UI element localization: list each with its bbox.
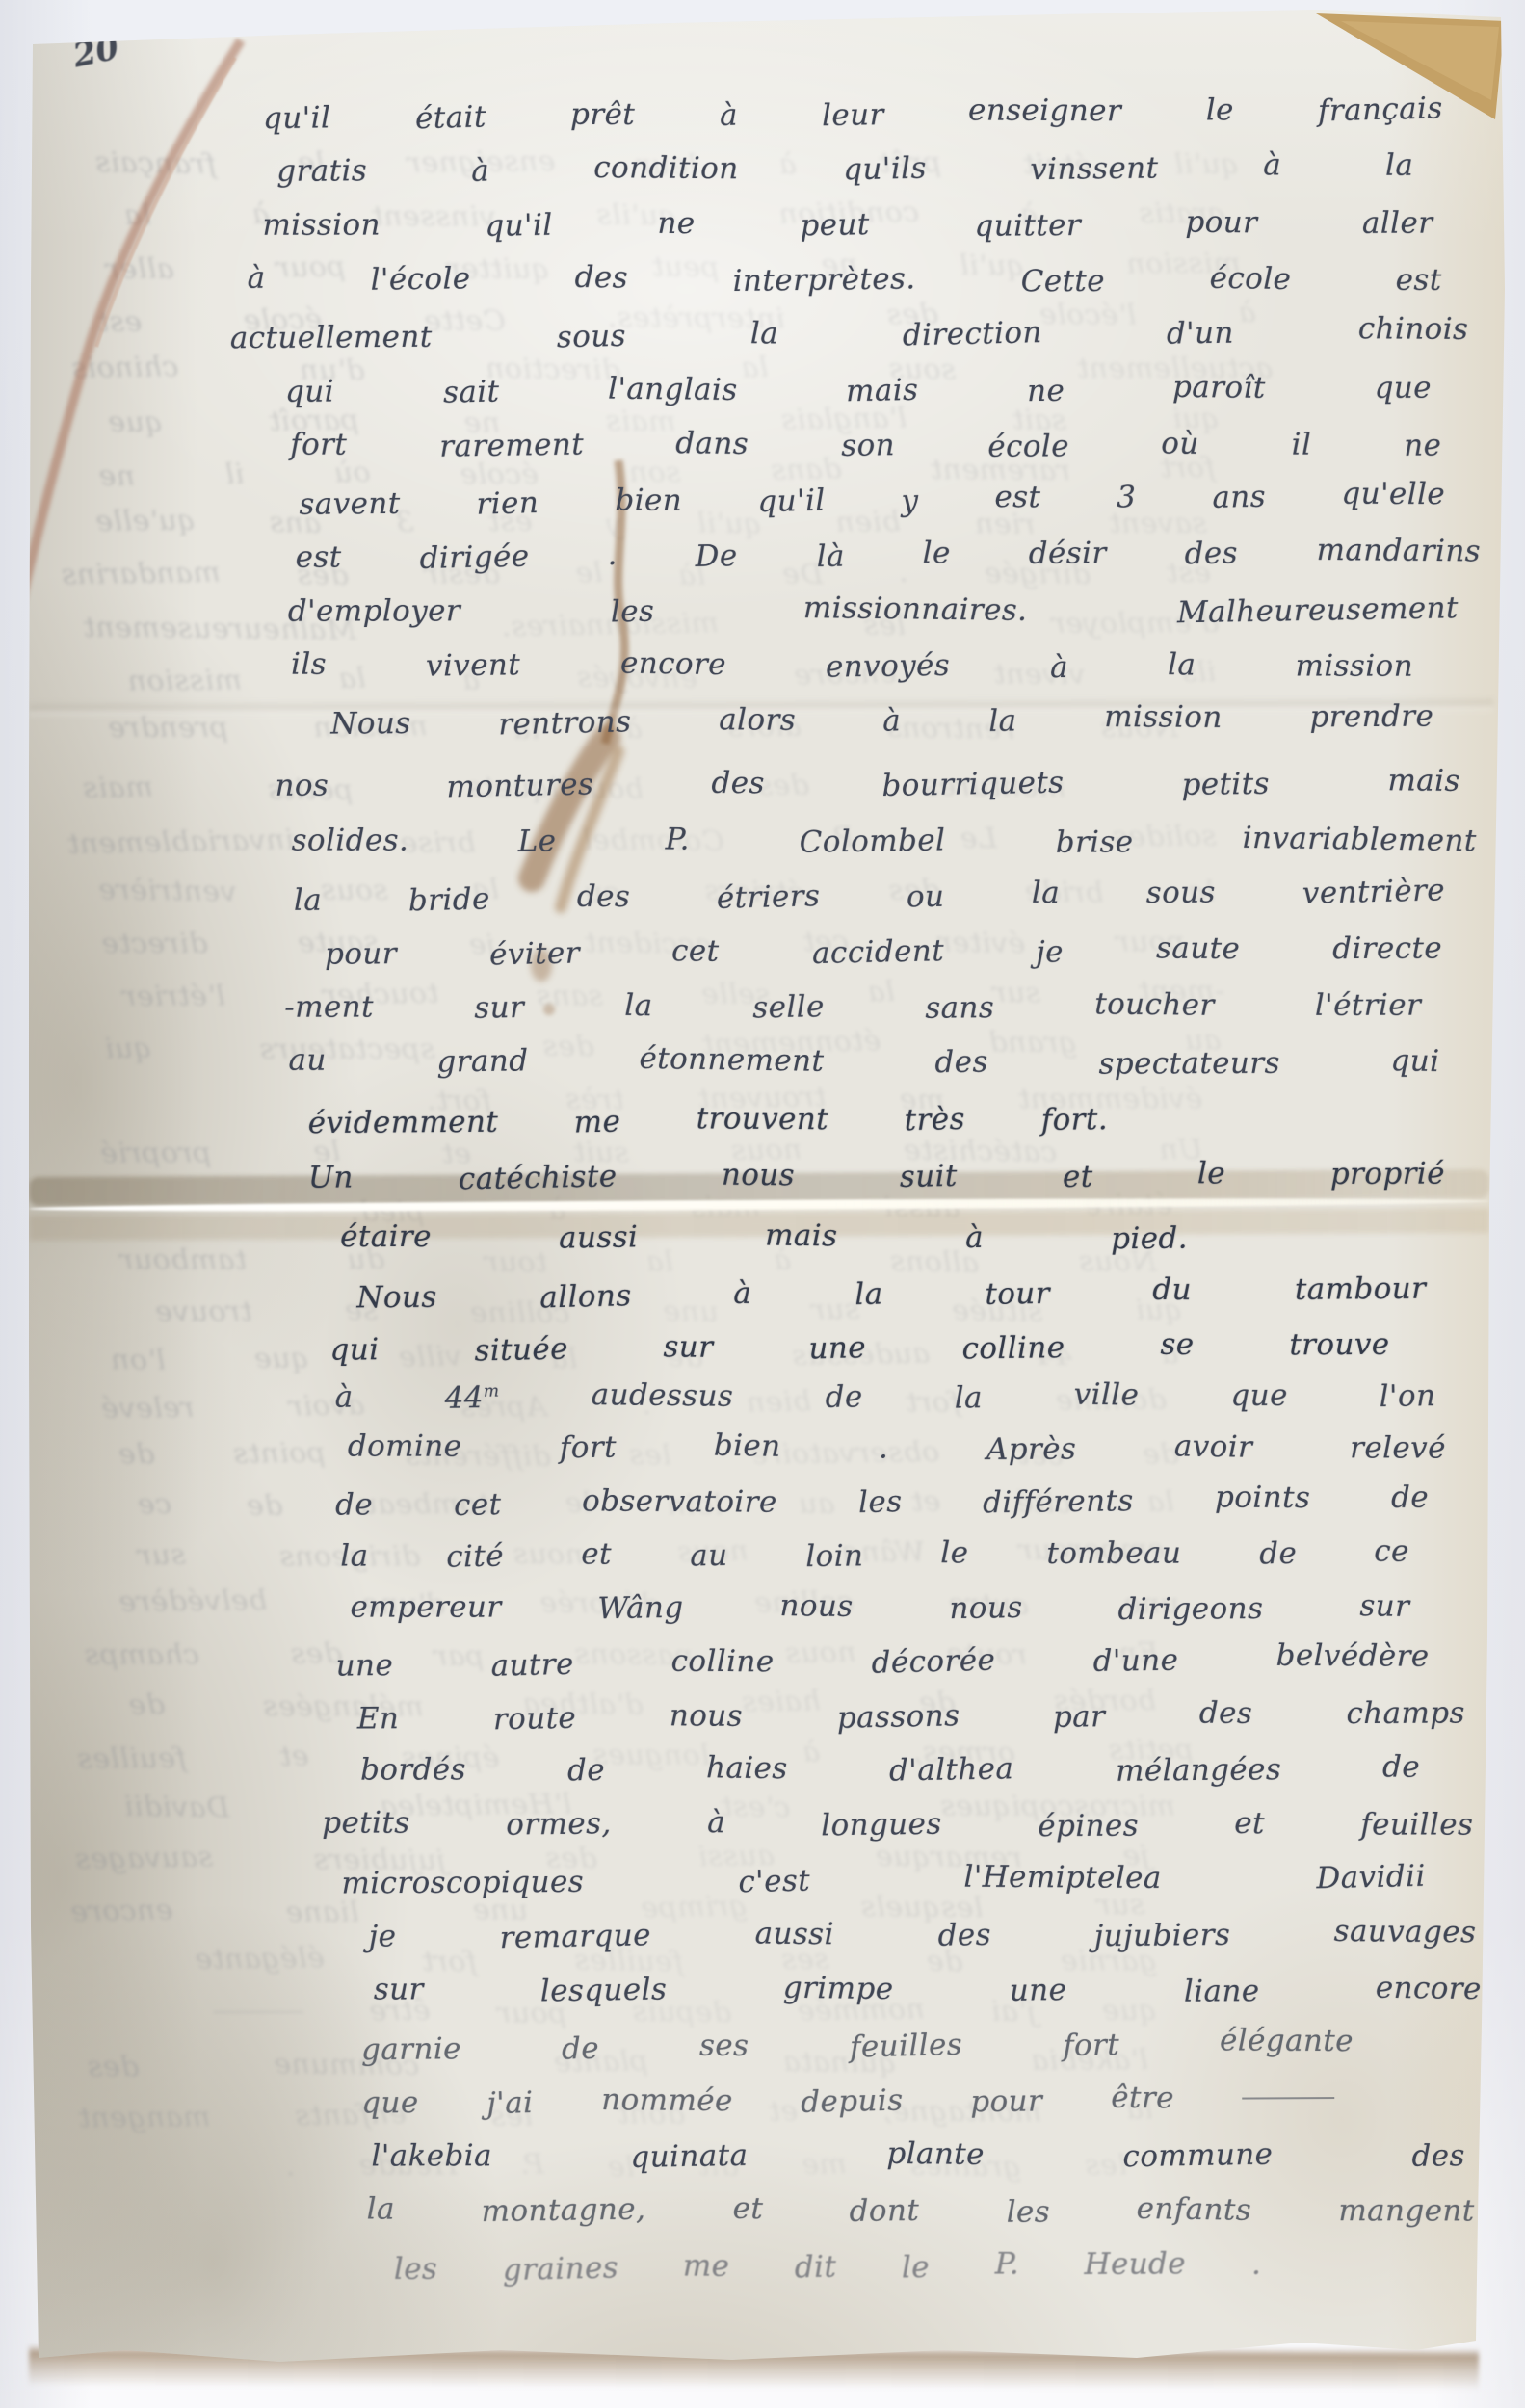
word: longues [821, 1807, 942, 1844]
word: pied. [1111, 1221, 1188, 1257]
word: que [361, 2085, 419, 2120]
word: directe [1332, 930, 1442, 966]
word: feuilles [849, 2027, 962, 2064]
word: son [841, 428, 895, 463]
word: trouvent [697, 1102, 829, 1138]
word: encore [1376, 1971, 1482, 2007]
word: domine [348, 1429, 462, 1464]
manuscript-line: Enroutenouspassonspardeschamps [357, 1695, 1465, 1736]
word: nous [949, 1590, 1023, 1626]
word: ans [1212, 480, 1266, 515]
word: cité [446, 1538, 504, 1574]
word: Le [518, 824, 557, 859]
word: commune [1122, 2137, 1274, 2175]
word: sous [556, 319, 626, 355]
word: la [954, 1380, 983, 1415]
word: Heude [1084, 2246, 1186, 2282]
manuscript-line: quej'ainomméedepuispourêtre [361, 2081, 1334, 2120]
word: où [1161, 426, 1199, 461]
manuscript-line: jeremarqueaussidesjujubierssauvages [369, 1915, 1477, 1953]
word: trouve [1289, 1326, 1389, 1362]
word: fort [1063, 2028, 1120, 2063]
word: la [340, 1538, 368, 1573]
word: décorée [872, 1643, 996, 1681]
word: prêt [570, 97, 635, 132]
word: grand [436, 1043, 528, 1079]
word: à [1263, 148, 1281, 183]
word: montagne, [482, 2192, 646, 2229]
word: était [414, 99, 486, 136]
manuscript-line: étaireaussimaisàpied. [340, 1219, 1188, 1254]
word: je [369, 1919, 397, 1953]
word: sur [1359, 1588, 1409, 1624]
manuscript-line: uneautrecollinedécoréed'unebelvédère [336, 1639, 1430, 1684]
word: se [1160, 1326, 1194, 1361]
word: interprètes. [733, 261, 916, 299]
word: la [855, 1277, 883, 1313]
word: la [624, 988, 653, 1023]
photo-background: qu'ilétaitprêtàleurenseignerlefrançaisgr… [0, 0, 1525, 2408]
word: mission [1104, 699, 1223, 735]
manuscript-line: actuellementsousladirectiond'unchinois [230, 312, 1468, 355]
manuscript-line: à44maudessusdelavillequel'on [335, 1377, 1436, 1414]
word: Nous [330, 706, 411, 742]
word: belvédère [1276, 1638, 1430, 1674]
word: le [902, 2250, 931, 2285]
word: et [581, 1536, 612, 1571]
manuscript-line: quisituéesurunecollinesetrouve [329, 1326, 1389, 1367]
word: le [940, 1535, 968, 1570]
word: loin [805, 1538, 863, 1574]
manuscript-line: Uncatéchistenoussuitetleproprié [308, 1156, 1445, 1194]
word: alors [719, 702, 796, 738]
word: et [732, 2191, 763, 2226]
word: Nous [356, 1280, 437, 1316]
word: être [1111, 2081, 1174, 2116]
word: microscopiques [341, 1864, 584, 1900]
word: tombeau [1046, 1535, 1181, 1570]
word: rien [476, 485, 539, 522]
word: des [1184, 537, 1238, 572]
manuscript-line: évidemmentmetrouventtrèsfort. [308, 1101, 1108, 1141]
word: qui [329, 1332, 379, 1367]
word: encore [620, 645, 726, 682]
word: vinssent [1030, 151, 1159, 188]
word: tour [986, 1276, 1051, 1312]
word: -ment [284, 989, 374, 1024]
word: ou [907, 879, 945, 915]
word: bien [714, 1428, 781, 1464]
word: j'ai [486, 2085, 534, 2121]
word: mission [262, 207, 381, 242]
word: quitter [974, 207, 1081, 243]
word: pour [325, 936, 397, 971]
word: le [1197, 1156, 1225, 1191]
word: que [1230, 1378, 1287, 1413]
word: mangent [1338, 2194, 1474, 2229]
word: des [577, 879, 631, 914]
word: la [988, 704, 1017, 739]
word: montures [446, 767, 593, 804]
word: dans [675, 426, 749, 461]
manuscript-text: qu'ilétaitprêtàleurenseignerlefrançaisgr… [0, 0, 1525, 2408]
word: petits [322, 1806, 409, 1841]
word: située [474, 1331, 568, 1368]
manuscript-line: gratisàconditionqu'ilsvinssentàla [276, 148, 1413, 189]
word: à [965, 1220, 984, 1255]
word: Davidii [1316, 1858, 1426, 1896]
word: une [336, 1648, 394, 1684]
word: nous [779, 1588, 854, 1624]
word: vivent [426, 647, 521, 683]
word: de [567, 1753, 606, 1789]
word: relevé [1350, 1431, 1446, 1466]
word: sait [442, 374, 499, 409]
word: la [1032, 876, 1060, 910]
word: points [1215, 1479, 1310, 1515]
word: remarque [500, 1918, 652, 1955]
word: En [357, 1701, 400, 1736]
word: d'althea [889, 1751, 1014, 1788]
word: il [1292, 427, 1312, 461]
word: empereur [350, 1590, 501, 1625]
word: et [1234, 1806, 1265, 1841]
word: envoyés [826, 648, 951, 685]
manuscript-line: -mentsurlasellesanstoucherl'étrier [284, 987, 1421, 1024]
word: une [1010, 1973, 1067, 2008]
word: à [471, 154, 490, 189]
word: de [1382, 1749, 1420, 1784]
word: actuellement [230, 320, 433, 355]
word: bride [408, 882, 491, 919]
word: garnie [361, 2031, 461, 2067]
word: qui [285, 374, 334, 408]
word: mais [765, 1217, 838, 1253]
word: grimpe [783, 1971, 894, 2007]
manuscript-line: labridedesétriersoulasousventrière [294, 874, 1445, 918]
word: ormes, [506, 1806, 612, 1843]
word: sous [1146, 876, 1216, 911]
word: 3 [1117, 480, 1136, 514]
word: feuilles [1360, 1808, 1473, 1843]
manuscript-line: lacitéetauloinletombeaudece [340, 1534, 1409, 1573]
word: autre [490, 1647, 574, 1684]
word: colline [961, 1330, 1065, 1366]
manuscript-line: petitsormes,àlonguesépinesetfeuilles [322, 1806, 1473, 1843]
word: est [994, 480, 1040, 514]
word: bien [615, 484, 682, 518]
word: audessus [591, 1377, 733, 1414]
word: Cette [1020, 264, 1105, 299]
word: accident [811, 933, 944, 971]
word: les [610, 593, 654, 629]
manuscript-line: augrandétonnementdesspectateursqui [288, 1043, 1439, 1080]
word: ce [1375, 1533, 1410, 1568]
word: me [683, 2248, 730, 2283]
word: cet [671, 933, 720, 968]
word: de [562, 2030, 600, 2066]
word: de [825, 1379, 863, 1415]
word: la [367, 2192, 395, 2227]
word: le [922, 537, 950, 571]
word: mélangées [1116, 1752, 1281, 1789]
word: bourriquets [881, 765, 1065, 803]
word: haies [706, 1750, 788, 1786]
word: dirigée [419, 539, 530, 576]
manuscript-line: microscopiquesc'estl'HemipteleaDavidii [341, 1858, 1425, 1900]
word: P. [995, 2246, 1019, 2281]
word: prendre [1309, 699, 1433, 735]
word: enseigner [968, 93, 1121, 129]
word: qu'il [757, 484, 826, 520]
word: mais [845, 372, 918, 407]
word: ne [1404, 428, 1442, 463]
word: des [937, 1918, 991, 1953]
manuscript-line: empereurWângnousnousdirigeonssur [350, 1590, 1409, 1625]
word: dirigeons [1118, 1591, 1264, 1627]
word: bordés [360, 1752, 466, 1787]
word: depuis [801, 2082, 904, 2119]
word: sauvages [1334, 1914, 1477, 1950]
word: champs [1346, 1695, 1465, 1731]
word: à [248, 261, 266, 296]
word: nous [722, 1157, 795, 1192]
word: à [1050, 650, 1068, 685]
word: école [987, 429, 1069, 464]
manuscript-line: saventrienbienqu'ilyest3ansqu'elle [299, 477, 1445, 521]
manuscript-line: qu'ilétaitprêtàleurenseignerlefrançais [263, 91, 1443, 136]
manuscript-line: nosmonturesdesbourriquetspetitsmais [275, 764, 1459, 802]
word: à [335, 1379, 354, 1414]
word: ventrière [1302, 873, 1445, 911]
word: 44m [444, 1380, 499, 1416]
manuscript-line: fortrarementdanssonécoleoùilne [290, 427, 1441, 461]
word: passons [836, 1698, 960, 1736]
word: les [1006, 2195, 1050, 2230]
word: . [1250, 2246, 1261, 2281]
word: école [1209, 261, 1291, 297]
word: brise [1055, 824, 1133, 860]
word: aller [1362, 205, 1433, 240]
manuscript-line: ilsviventencoreenvoyésàlamission [291, 647, 1413, 684]
word: au [690, 1538, 728, 1574]
letter-paper: qu'ilétaitprêtàleurenseignerlefrançaisgr… [0, 0, 1525, 2408]
word: plante [886, 2136, 985, 2172]
manuscript-line: àl'écoledesinterprètes.Cetteécoleest [248, 261, 1442, 298]
word: observatoire [582, 1483, 777, 1519]
word: de [1391, 1479, 1429, 1514]
word: fort [560, 1430, 618, 1466]
word: aussi [754, 1916, 834, 1951]
word: est [296, 540, 342, 575]
manuscript-line: d'employerlesmissionnaires.Malheureuseme… [288, 591, 1459, 628]
word: suit [900, 1159, 959, 1194]
word: enfants [1137, 2191, 1252, 2228]
word: direction [902, 315, 1042, 353]
word: pour [1185, 204, 1257, 240]
manuscript-line: Nousallonsàlatourdutambour [356, 1271, 1426, 1316]
word: de [335, 1487, 373, 1522]
word: ne [1027, 373, 1065, 407]
word: proprié [1330, 1156, 1445, 1191]
word: éviter [489, 935, 581, 972]
manuscript-line: quisaitl'anglaismaisneparoîtque [285, 370, 1432, 408]
word: à [719, 98, 738, 133]
word: liane [1183, 1974, 1259, 2009]
word: qui [1390, 1043, 1439, 1079]
word: ville [1074, 1377, 1140, 1413]
word: Après [986, 1432, 1076, 1467]
word: les [394, 2251, 438, 2286]
word: quinata [630, 2138, 749, 2175]
manuscript-line: dominefortbien.Aprèsavoirrelevé [348, 1429, 1446, 1466]
word: . [879, 1431, 889, 1466]
word: lesquels [539, 1973, 667, 2009]
word: la [1385, 148, 1413, 183]
word: français [1318, 91, 1443, 128]
word: P. [666, 822, 691, 856]
word: à [882, 704, 902, 739]
word: rentrons [498, 705, 632, 743]
manuscript-line: lesgrainesmeditleP.Heude. [394, 2245, 1261, 2286]
word: me [573, 1105, 620, 1140]
word: épines [1038, 1809, 1139, 1845]
word: la [1168, 647, 1196, 682]
word: l'anglais [607, 371, 737, 406]
word: toucher [1094, 986, 1215, 1023]
word: tambour [1295, 1271, 1427, 1307]
word: dit [795, 2249, 837, 2285]
word: évidemment [308, 1105, 499, 1140]
manuscript-line: l'akebiaquinataplantecommunedes [371, 2137, 1464, 2174]
word: peut [800, 207, 870, 243]
word: du [1153, 1272, 1193, 1307]
word: ne [657, 205, 696, 240]
word: très [904, 1102, 965, 1138]
word: route [492, 1700, 576, 1737]
word: d'un [1166, 316, 1233, 352]
word: c'est [738, 1863, 810, 1899]
word: désir [1029, 537, 1107, 571]
word: et [1062, 1159, 1092, 1193]
word: qu'elle [1342, 477, 1446, 512]
word: dont [850, 2193, 920, 2229]
word: à [734, 1276, 752, 1311]
word: De [696, 538, 739, 574]
word: colline [671, 1644, 775, 1680]
word: des [1411, 2138, 1465, 2173]
word: sur [664, 1329, 714, 1364]
word: l'on [1380, 1378, 1436, 1414]
word: Colombel [800, 823, 946, 859]
word: sur [474, 990, 525, 1026]
word: mandarins [1316, 533, 1481, 568]
manuscript-line: missionqu'ilnepeutquitterpouraller [262, 205, 1433, 242]
word: aussi [559, 1219, 639, 1255]
word: étonnement [639, 1041, 824, 1079]
word: nommée [601, 2082, 733, 2118]
word: nous [670, 1698, 743, 1734]
word: là [816, 539, 845, 574]
word: l'étrier [1315, 987, 1421, 1022]
word: à [707, 1805, 725, 1840]
word: qu'ils [843, 151, 927, 188]
word: spectateurs [1098, 1046, 1279, 1082]
manuscript-line: bordésdehaiesd'altheamélangéesde [360, 1751, 1420, 1788]
word: le [1206, 92, 1234, 127]
word: l'akebia [371, 2138, 492, 2173]
word: condition [593, 150, 739, 186]
word: des [934, 1045, 988, 1081]
manuscript-line: estdirigée.Delàledésirdesmandarins [296, 535, 1481, 575]
word: leur [822, 97, 884, 133]
word: la [749, 316, 777, 351]
word: différents [983, 1483, 1134, 1520]
word: qu'il [263, 100, 330, 136]
word: au [288, 1043, 326, 1078]
word: selle [752, 989, 825, 1025]
word: que [1375, 370, 1432, 405]
word: Malheureusement [1177, 590, 1459, 630]
word: allons [539, 1278, 632, 1315]
manuscript-line: decetobservatoirelesdifférentspointsde [335, 1479, 1429, 1522]
manuscript-line: pourévitercetaccidentjesautedirecte [325, 930, 1442, 971]
word: une [808, 1330, 866, 1366]
manuscript-line: solides.LeP.Colombelbriseinvariablement [292, 823, 1477, 857]
pen-flourish [1242, 2097, 1334, 2100]
word: petits [1181, 766, 1270, 801]
manuscript-line: surlesquelsgrimpeunelianeencore [374, 1973, 1482, 2007]
word: l'Hemiptelea [964, 1859, 1163, 1895]
word: d'employer [288, 593, 460, 628]
word: solides. [292, 823, 409, 857]
word: fort. [1040, 1102, 1108, 1138]
word: par [1053, 1699, 1106, 1735]
word: fort [290, 427, 347, 461]
word: chinois [1357, 311, 1468, 347]
word: je [1036, 934, 1064, 969]
word: gratis [276, 154, 367, 189]
word: pour [970, 2083, 1042, 2119]
word: . [608, 537, 618, 572]
word: des [1199, 1695, 1253, 1730]
word: étriers [717, 878, 821, 916]
word: de [1259, 1536, 1298, 1572]
word: savent [299, 486, 400, 522]
word: est [1396, 263, 1442, 298]
word: paroît [1172, 369, 1266, 405]
word: élégante [1220, 2023, 1354, 2058]
word: sans [925, 990, 994, 1026]
word: invariablement [1242, 821, 1476, 858]
word: des [711, 765, 765, 800]
word: rarement [439, 427, 584, 463]
manuscript-line: Nousrentronsalorsàlamissionprendre [330, 699, 1433, 742]
word: avoir [1173, 1429, 1252, 1465]
word: ses [699, 2028, 749, 2062]
word: y [901, 484, 918, 518]
word: la [294, 883, 323, 918]
word: qu'il [485, 207, 553, 243]
word: ils [291, 647, 327, 682]
word: les [858, 1484, 903, 1520]
word: l'école [370, 261, 470, 297]
word: Wâng [597, 1590, 684, 1626]
word: jujubiers [1094, 1918, 1231, 1953]
manuscript-line: garniedesesfeuillesfortélégante [361, 2024, 1354, 2067]
manuscript-line: lamontagne,etdontlesenfantsmangent [367, 2192, 1475, 2229]
word: mission [1296, 648, 1414, 683]
